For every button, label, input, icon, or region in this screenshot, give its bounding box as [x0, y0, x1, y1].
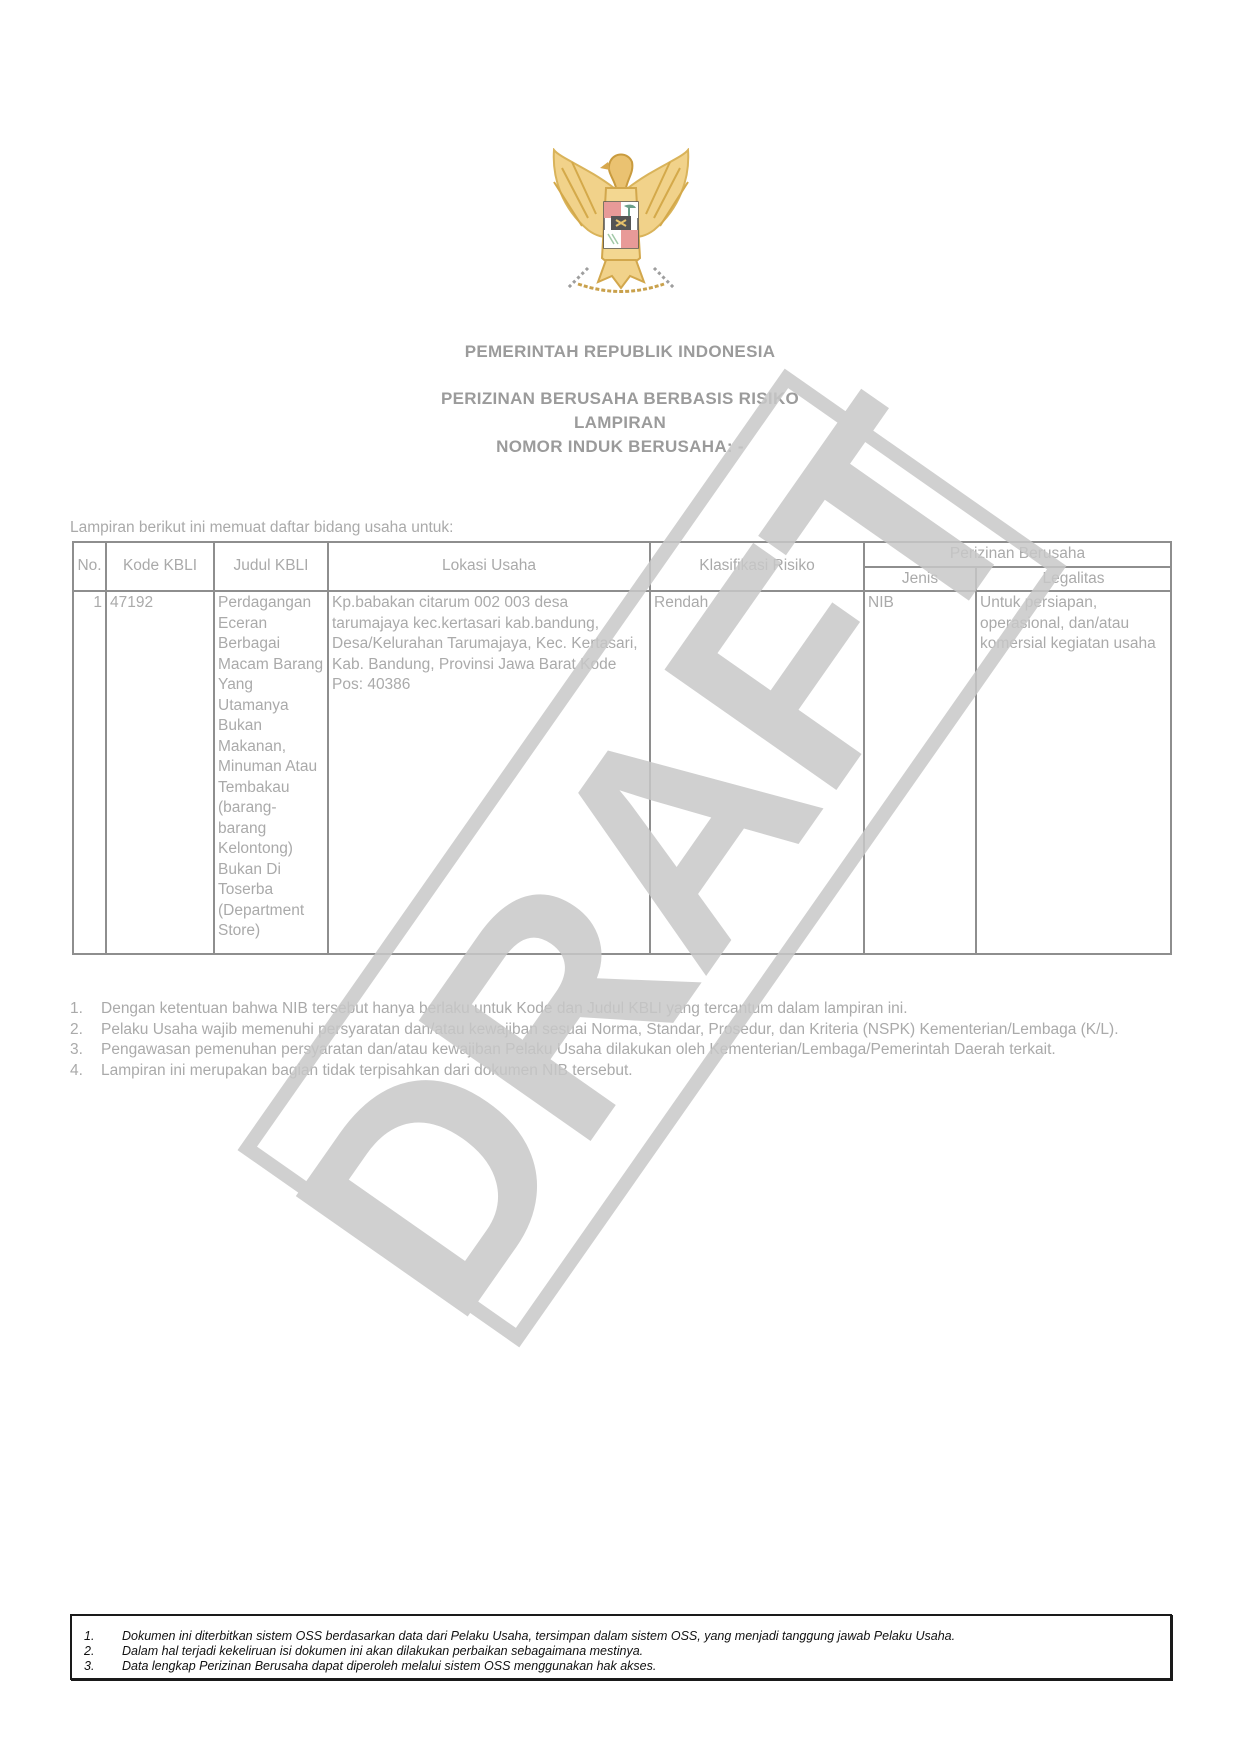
footer-disclaimer-list: 1. Dokumen ini diterbitkan sistem OSS be… [72, 1616, 1170, 1674]
header-klasifikasi-risiko: Klasifikasi Risiko [650, 542, 864, 591]
footer-item-text: Dokumen ini diterbitkan sistem OSS berda… [122, 1629, 955, 1644]
footer-disclaimer-box: 1. Dokumen ini diterbitkan sistem OSS be… [70, 1614, 1172, 1680]
document-header: PEMERINTAH REPUBLIK INDONESIA PERIZINAN … [0, 342, 1240, 459]
note-number: 3. [70, 1040, 101, 1061]
footer-item-number: 1. [84, 1629, 122, 1644]
footer-item: 3. Data lengkap Perizinan Berusaha dapat… [84, 1659, 1170, 1674]
note-number: 4. [70, 1061, 101, 1082]
cell-klasifikasi-risiko: Rendah [650, 591, 864, 954]
header-no: No. [73, 542, 106, 591]
footer-item: 1. Dokumen ini diterbitkan sistem OSS be… [84, 1629, 1170, 1644]
table-row: 1 47192 Perdagangan Eceran Berbagai Maca… [73, 591, 1171, 954]
nib-number-line: NOMOR INDUK BERUSAHA: - [0, 435, 1240, 459]
government-title: PEMERINTAH REPUBLIK INDONESIA [0, 342, 1240, 362]
header-legalitas: Legalitas [976, 567, 1171, 592]
garuda-emblem-icon [548, 148, 694, 296]
note-number: 2. [70, 1020, 101, 1041]
document-title: PERIZINAN BERUSAHA BERBASIS RISIKO [0, 387, 1240, 411]
cell-legalitas: Untuk persiapan, operasional, dan/atau k… [976, 591, 1171, 954]
footer-item: 2. Dalam hal terjadi kekeliruan isi doku… [84, 1644, 1170, 1659]
footer-item-text: Data lengkap Perizinan Berusaha dapat di… [122, 1659, 656, 1674]
footer-item-number: 2. [84, 1644, 122, 1659]
cell-judul-kbli: Perdagangan Eceran Berbagai Macam Barang… [214, 591, 328, 954]
header-judul-kbli: Judul KBLI [214, 542, 328, 591]
note-text: Lampiran ini merupakan bagian tidak terp… [101, 1061, 1172, 1082]
cell-lokasi-usaha: Kp.babakan citarum 002 003 desa tarumaja… [328, 591, 650, 954]
note-text: Pengawasan pemenuhan persyaratan dan/ata… [101, 1040, 1172, 1061]
footer-item-text: Dalam hal terjadi kekeliruan isi dokumen… [122, 1644, 643, 1659]
footer-item-number: 3. [84, 1659, 122, 1674]
note-item: 3. Pengawasan pemenuhan persyaratan dan/… [70, 1040, 1172, 1061]
note-item: 4. Lampiran ini merupakan bagian tidak t… [70, 1061, 1172, 1082]
notes-list: 1. Dengan ketentuan bahwa NIB tersebut h… [70, 999, 1172, 1081]
note-text: Pelaku Usaha wajib memenuhi persyaratan … [101, 1020, 1172, 1041]
document-subtitle: LAMPIRAN [0, 411, 1240, 435]
note-item: 2. Pelaku Usaha wajib memenuhi persyarat… [70, 1020, 1172, 1041]
header-jenis: Jenis [864, 567, 976, 592]
note-text: Dengan ketentuan bahwa NIB tersebut hany… [101, 999, 1172, 1020]
kbli-table: No. Kode KBLI Judul KBLI Lokasi Usaha Kl… [72, 541, 1172, 955]
header-lokasi-usaha: Lokasi Usaha [328, 542, 650, 591]
cell-kode-kbli: 47192 [106, 591, 214, 954]
note-item: 1. Dengan ketentuan bahwa NIB tersebut h… [70, 999, 1172, 1020]
intro-text: Lampiran berikut ini memuat daftar bidan… [70, 519, 453, 537]
cell-no: 1 [73, 591, 106, 954]
note-number: 1. [70, 999, 101, 1020]
header-perizinan-berusaha: Perizinan Berusaha [864, 542, 1171, 567]
cell-jenis: NIB [864, 591, 976, 954]
header-kode-kbli: Kode KBLI [106, 542, 214, 591]
